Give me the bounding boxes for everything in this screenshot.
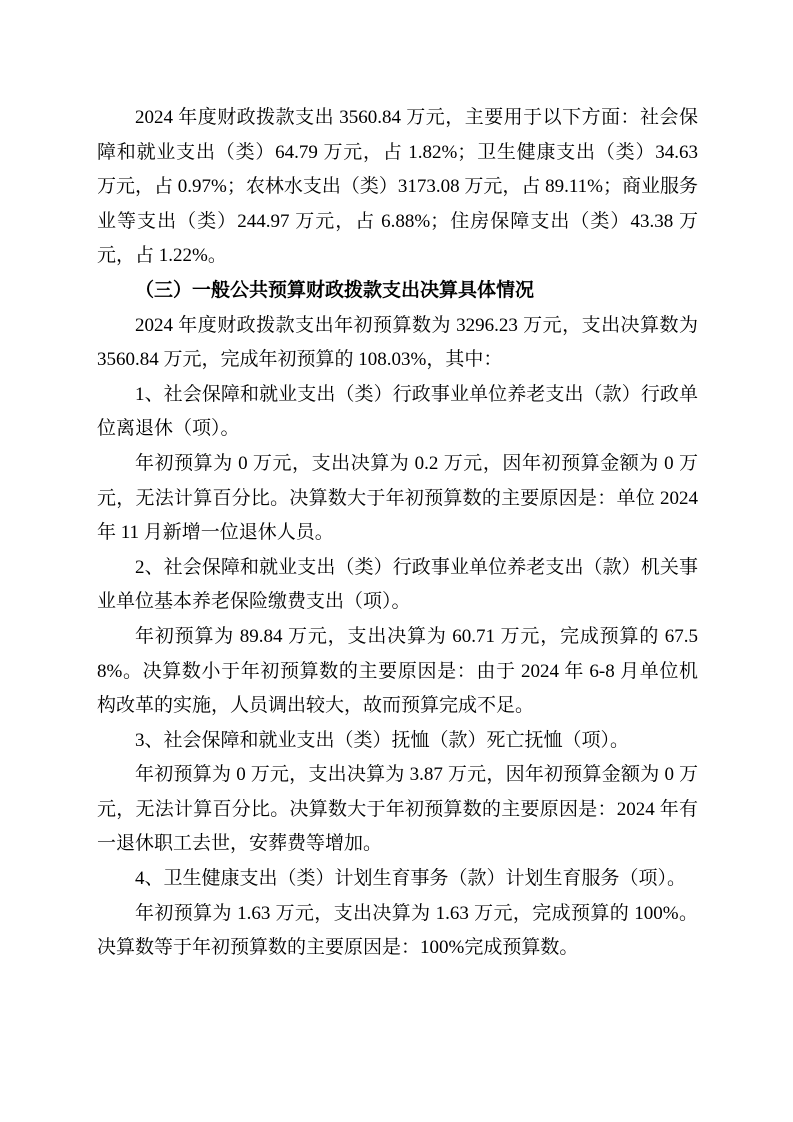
paragraph-item-2-title: 2、社会保障和就业支出（类）行政事业单位养老支出（款）机关事业单位基本养老保险缴… (97, 551, 698, 620)
section-heading: （三）一般公共预算财政拨款支出决算具体情况 (97, 274, 698, 309)
paragraph-item-2-detail: 年初预算为 89.84 万元，支出决算为 60.71 万元，完成预算的 67.5… (97, 620, 698, 724)
paragraph-item-3-title: 3、社会保障和就业支出（类）抚恤（款）死亡抚恤（项）。 (97, 724, 698, 759)
document-page: 2024 年度财政拨款支出 3560.84 万元，主要用于以下方面：社会保障和就… (0, 0, 793, 1122)
paragraph-item-1-detail: 年初预算为 0 万元，支出决算为 0.2 万元，因年初预算金额为 0 万元，无法… (97, 447, 698, 551)
paragraph-budget-summary: 2024 年度财政拨款支出年初预算数为 3296.23 万元，支出决算数为 35… (97, 309, 698, 378)
paragraph-item-1-title: 1、社会保障和就业支出（类）行政事业单位养老支出（款）行政单位离退休（项）。 (97, 378, 698, 447)
paragraph-item-4-detail: 年初预算为 1.63 万元，支出决算为 1.63 万元，完成预算的 100%。决… (97, 897, 698, 966)
paragraph-item-4-title: 4、卫生健康支出（类）计划生育事务（款）计划生育服务（项）。 (97, 862, 698, 897)
paragraph-item-3-detail: 年初预算为 0 万元，支出决算为 3.87 万元，因年初预算金额为 0 万元，无… (97, 758, 698, 862)
paragraph-funding-overview: 2024 年度财政拨款支出 3560.84 万元，主要用于以下方面：社会保障和就… (97, 101, 698, 274)
